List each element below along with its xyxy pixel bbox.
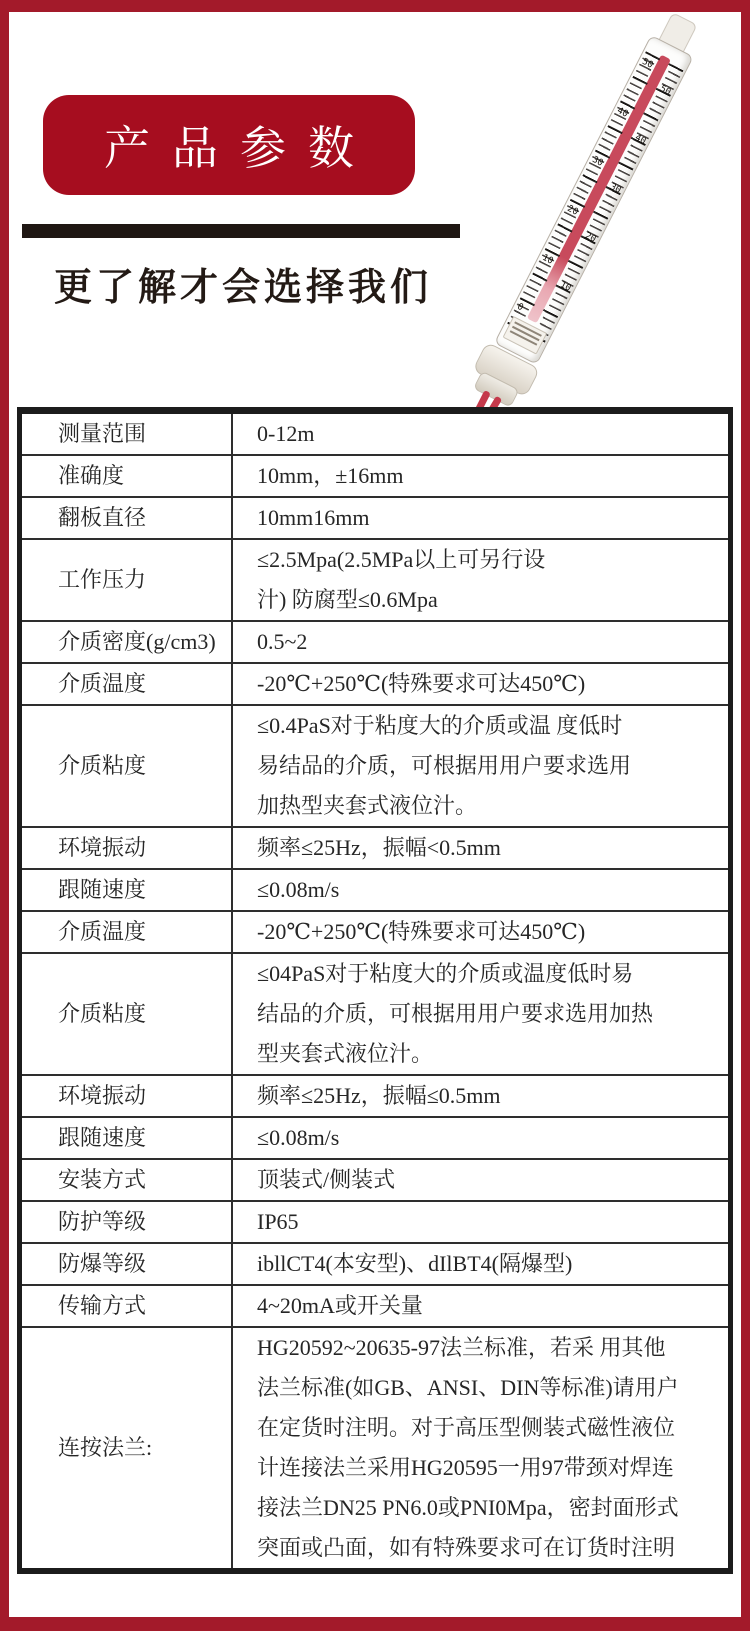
spec-label: 翻板直径	[22, 498, 233, 538]
table-row: 准确度 10mm，±16mm	[22, 454, 728, 496]
spec-value: 频率≤25Hz，振幅≤0.5mm	[233, 1076, 728, 1116]
page-border-bottom	[0, 1617, 750, 1631]
spec-value: -20℃+250℃(特殊要求可达450℃)	[233, 912, 728, 952]
spec-value: ≤0.4PaS对于粘度大的介质或温 度低时 易结品的介质，可根据用用户要求选用 …	[233, 706, 728, 826]
spec-value: 0-12m	[233, 414, 728, 454]
spec-label: 测量范围	[22, 414, 233, 454]
spec-value: ≤04PaS对于粘度大的介质或温度低时易 结品的介质，可根据用用户要求选用加热 …	[233, 954, 728, 1074]
table-row: 工作压力 ≤2.5Mpa(2.5MPa以上可另行设 汁) 防腐型≤0.6Mpa	[22, 538, 728, 620]
spec-label: 连按法兰:	[22, 1328, 233, 1568]
gauge-scale-tube: 0010102020303040405050	[494, 35, 694, 365]
spec-label: 介质粘度	[22, 954, 233, 1074]
spec-value: HG20592~20635-97法兰标准，若采 用其他 法兰标准(如GB、ANS…	[233, 1328, 728, 1568]
table-row: 介质密度(g/cm3) 0.5~2	[22, 620, 728, 662]
level-gauge-photo: 0010102020303040405050	[440, 8, 750, 418]
spec-label: 环境振动	[22, 1076, 233, 1116]
table-row: 防护等级 IP65	[22, 1200, 728, 1242]
table-row: 翻板直径 10mm16mm	[22, 496, 728, 538]
spec-value: 10mm16mm	[233, 498, 728, 538]
gauge-major-ticks-left	[507, 51, 660, 331]
spec-label: 防护等级	[22, 1202, 233, 1242]
spec-label: 跟随速度	[22, 870, 233, 910]
spec-value: -20℃+250℃(特殊要求可达450℃)	[233, 664, 728, 704]
spec-table-body: 测量范围 0-12m 准确度 10mm，±16mm 翻板直径 10mm16mm …	[22, 414, 728, 1568]
table-row: 介质温度 -20℃+250℃(特殊要求可达450℃)	[22, 662, 728, 704]
spec-table: 测量范围 0-12m 准确度 10mm，±16mm 翻板直径 10mm16mm …	[17, 407, 733, 1574]
gauge-red-stripe	[527, 55, 671, 324]
table-row: 连按法兰: HG20592~20635-97法兰标准，若采 用其他 法兰标准(如…	[22, 1326, 728, 1568]
gauge-tube: 0010102020303040405050	[460, 8, 705, 430]
table-row: 防爆等级 ibllCT4(本安型)、dIlBT4(隔爆型)	[22, 1242, 728, 1284]
product-parameters-page: 产品参数 更了解才会选择我们 0010102020303040405050 测量…	[0, 0, 750, 1631]
table-row: 环境振动 频率≤25Hz，振幅<0.5mm	[22, 826, 728, 868]
spec-value: 4~20mA或开关量	[233, 1286, 728, 1326]
spec-label: 环境振动	[22, 828, 233, 868]
title-banner: 产品参数	[43, 95, 415, 195]
spec-label: 介质粘度	[22, 706, 233, 826]
table-row: 测量范围 0-12m	[22, 414, 728, 454]
spec-value: ibllCT4(本安型)、dIlBT4(隔爆型)	[233, 1244, 728, 1284]
divider-bar	[22, 224, 460, 238]
table-row: 跟随速度 ≤0.08m/s	[22, 868, 728, 910]
spec-value: 频率≤25Hz，振幅<0.5mm	[233, 828, 728, 868]
tagline-text: 更了解才会选择我们	[54, 256, 432, 311]
spec-value: IP65	[233, 1202, 728, 1242]
table-row: 传输方式 4~20mA或开关量	[22, 1284, 728, 1326]
table-row: 介质粘度 ≤0.4PaS对于粘度大的介质或温 度低时 易结品的介质，可根据用用户…	[22, 704, 728, 826]
spec-label: 工作压力	[22, 540, 233, 620]
page-border-left	[0, 0, 9, 1631]
table-row: 跟随速度 ≤0.08m/s	[22, 1116, 728, 1158]
spec-value: ≤2.5Mpa(2.5MPa以上可另行设 汁) 防腐型≤0.6Mpa	[233, 540, 728, 620]
table-row: 环境振动 频率≤25Hz，振幅≤0.5mm	[22, 1074, 728, 1116]
table-row: 介质温度 -20℃+250℃(特殊要求可达450℃)	[22, 910, 728, 952]
spec-value: ≤0.08m/s	[233, 1118, 728, 1158]
spec-label: 介质密度(g/cm3)	[22, 622, 233, 662]
spec-label: 传输方式	[22, 1286, 233, 1326]
spec-value: ≤0.08m/s	[233, 870, 728, 910]
title-banner-text: 产品参数	[82, 112, 376, 178]
spec-label: 防爆等级	[22, 1244, 233, 1284]
table-row: 安装方式 顶装式/侧装式	[22, 1158, 728, 1200]
spec-value: 0.5~2	[233, 622, 728, 662]
spec-label: 跟随速度	[22, 1118, 233, 1158]
spec-label: 安装方式	[22, 1160, 233, 1200]
spec-value: 顶装式/侧装式	[233, 1160, 728, 1200]
gauge-major-ticks-right	[530, 63, 683, 343]
spec-label: 介质温度	[22, 912, 233, 952]
spec-label: 介质温度	[22, 664, 233, 704]
spec-label: 准确度	[22, 456, 233, 496]
table-row: 介质粘度 ≤04PaS对于粘度大的介质或温度低时易 结品的介质，可根据用用户要求…	[22, 952, 728, 1074]
spec-value: 10mm，±16mm	[233, 456, 728, 496]
